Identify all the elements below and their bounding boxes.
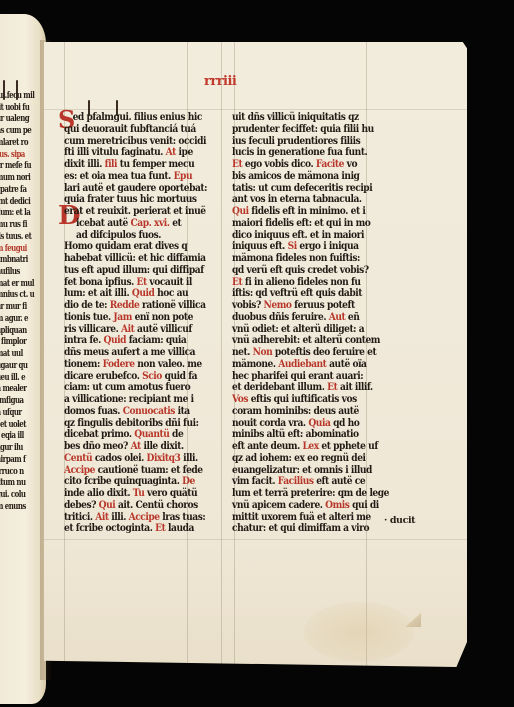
rubricated-word: Tu (133, 487, 145, 499)
left-page-fragment: agur ilu (0, 444, 32, 453)
left-page-fragment: m enuns (0, 503, 32, 512)
text-run: fi in alieno fideles non fu (242, 276, 360, 288)
text-run: fet bona ipfius. (64, 276, 137, 288)
running-head: rrriii (204, 74, 236, 89)
left-page-fragment: mu rus fi (0, 221, 32, 230)
rubricated-word: Facite (316, 158, 344, 170)
text-run: qd ho (330, 417, 359, 429)
text-run: dixit illi. (64, 158, 105, 170)
rubricated-word: Quia (308, 417, 330, 429)
rubricated-word: Dixitq3 (147, 452, 181, 464)
left-page-fragment: rmfigua (0, 397, 32, 406)
text-run: vocauit il (147, 276, 192, 288)
marginal-note: · ducit (384, 515, 415, 526)
text-run: inde alio dixit. (64, 487, 133, 499)
left-page-fragment: m agur. e (0, 315, 32, 324)
text-run: iniquus eft. (232, 240, 288, 252)
text-run: ris villicare. (64, 323, 121, 335)
text-run: vnü apicem cadere. (232, 499, 325, 511)
text-run: fidelis eft in minimo. et i (249, 205, 366, 217)
text-run: icebat autë (76, 217, 130, 229)
rubricated-word: Scio (142, 370, 162, 382)
left-page-fragment: mlaret ro (0, 139, 32, 148)
text-run: nouit corda vra. (232, 417, 308, 429)
rubricated-word: Conuocatis (123, 405, 175, 417)
left-page-fragment: llum: et la (0, 209, 32, 218)
text-run: vobis? (232, 299, 264, 311)
text-run: vero quätü (144, 487, 197, 499)
text-run: vo (344, 158, 357, 170)
rubricated-word: Et (232, 276, 242, 288)
left-page-fragment: ambnatri (0, 256, 32, 265)
text-run: et (170, 217, 182, 229)
text-column-a: ed pfalmgui. filius enius hicqui deuorau… (64, 112, 224, 535)
rubricated-word: Si (288, 240, 297, 252)
rubricated-word: Lex (302, 440, 318, 452)
text-run: mämone. (232, 358, 278, 370)
rubricated-word: Omis (325, 499, 349, 511)
text-run: net. (232, 346, 253, 358)
rubricated-word: Redde (110, 299, 140, 311)
rubricated-word: De (182, 475, 195, 487)
rubricated-word: Vos (232, 393, 248, 405)
text-run: dicebat primo. (64, 428, 134, 440)
text-run: feruus poteft (291, 299, 354, 311)
text-run: cados olei. (92, 452, 146, 464)
text-run: rationë villica (139, 299, 205, 311)
text-run: eftis qui iuftificatis vos (248, 393, 357, 405)
rubricated-word: Audiebant (278, 358, 326, 370)
text-column-b: uit dñs villicü iniquitatis qzprudenter … (232, 112, 397, 535)
rubricated-word: Fodere (103, 358, 135, 370)
left-page-fragment: fit uobi fu (0, 104, 32, 113)
rubricated-word: Et (137, 276, 147, 288)
text-run: et pphete uf (319, 440, 378, 452)
text-run: debes? (64, 499, 99, 511)
text-run: intra fe. (64, 334, 104, 346)
rubricated-word: Et (155, 522, 165, 534)
text-run: tionis tue. (64, 311, 113, 323)
rubricated-word: Nemo (264, 299, 292, 311)
left-page-fragment: ueu ill. e (0, 374, 32, 383)
text-run: illi. (180, 452, 197, 464)
rubricated-word: Ait (95, 511, 108, 523)
left-page-fragment: mnius ct. u (0, 291, 32, 300)
text-run: dio de te: (64, 299, 110, 311)
text-run: duobus dñis feruire. (232, 311, 329, 323)
rubricated-word: Aut (329, 311, 345, 323)
text-run: eft ante deum. (232, 440, 302, 452)
left-page-fragment: dtum nu (0, 479, 32, 488)
page-corner-fold (405, 613, 421, 627)
text-run: dicare erubefco. (64, 370, 142, 382)
left-page-fragment: ds tuus. et (0, 233, 32, 242)
rubricated-word: Epu (174, 170, 193, 182)
rubricated-word: Non (253, 346, 273, 358)
left-page-fragment: mat er mul (0, 280, 32, 289)
rubricated-word: At (131, 440, 141, 452)
text-run: enï non pote (132, 311, 193, 323)
rubricated-word: Quid (132, 287, 155, 299)
left-page-fragment: ugaur qu (0, 362, 32, 371)
text-run: et deridebant illum. (232, 381, 327, 393)
left-page-fragment: er mefe fu (0, 162, 32, 171)
ruling-line (44, 109, 467, 110)
text-run: bes dño meo? (64, 440, 131, 452)
text-run: ego vobis dico. (242, 158, 316, 170)
text-run: poteftis deo feruire et (272, 346, 376, 358)
text-line: et fcribe octoginta. Et lauda (64, 523, 202, 535)
rubricated-word: Qui (232, 205, 249, 217)
left-page-text-fragments: lui.fecu milfit uobi fuur ualengns cum p… (0, 92, 42, 514)
left-page-fragment: frruco n (0, 468, 32, 477)
left-page-fragment: n mealer (0, 385, 32, 394)
text-run: ipe (176, 146, 193, 158)
left-page-fragment: ns cum pe (0, 127, 32, 136)
text-run: et fcribe octoginta. (64, 522, 155, 534)
rubricated-word: Qui (99, 499, 116, 511)
rubricated-word: At (166, 146, 176, 158)
left-page-fragment: nirpam f (0, 456, 32, 465)
text-run: de (169, 428, 183, 440)
text-run: ille dixit. (141, 440, 184, 452)
text-line: chatur: et qui dimiffam a viro (232, 523, 374, 535)
text-run: ait. Centü choros (115, 499, 198, 511)
left-page-fragment: mat uul (0, 350, 32, 359)
rubricated-word: Et (232, 158, 242, 170)
text-run: autë villicuf (134, 323, 191, 335)
text-run: illi. (109, 511, 129, 523)
left-page-fragment: gui. colu (0, 491, 32, 500)
text-run: tu femper mecu (117, 158, 194, 170)
text-run: eft autë ce (314, 475, 366, 487)
rubricated-word: Et (327, 381, 337, 393)
text-run: ergo i iniqua (297, 240, 359, 252)
text-run: lras tuas: (160, 511, 206, 523)
text-run: ait illif. (337, 381, 372, 393)
text-run: lauda (165, 522, 194, 534)
left-page-fragment: npliquan (0, 327, 32, 336)
left-page-fragment: lui.fecu mil (0, 92, 32, 101)
left-page-fragment: ; et uolet (0, 421, 32, 430)
text-run: quid fa (162, 370, 197, 382)
rubricated-word: Accipe (129, 511, 160, 523)
rubricated-word: fili (105, 158, 117, 170)
rubricated-word: Centü (64, 452, 92, 464)
rubricated-word: Cap. xvi. (131, 217, 170, 229)
rubricated-word: Ait (121, 323, 134, 335)
left-page-fragment: r eqia ill (0, 432, 32, 441)
text-run: ita (175, 405, 190, 417)
text-run: cito fcribe quinquaginta. (64, 475, 182, 487)
rubricated-word: Quantü (134, 428, 169, 440)
right-page: rrriii S D ed pfalmgui. filius enius hic… (44, 42, 467, 667)
left-page-fragment: hufilus (0, 268, 32, 277)
ruling-line (44, 539, 467, 540)
text-run: eñ (345, 311, 359, 323)
text-run: tionem: (64, 358, 103, 370)
rubricated-word: Facilius (278, 475, 314, 487)
rubricated-word: Quid (104, 334, 127, 346)
text-run: lum: et ait illi. (64, 287, 132, 299)
left-page-fragment: r fimplor (0, 338, 32, 347)
left-page-fragment: nr mur fi (0, 303, 32, 312)
text-run: fti illi vitulu faginatu. (64, 146, 166, 158)
text-run: domos fuas. (64, 405, 123, 417)
left-page-fragment: m feugui (0, 245, 32, 254)
rubricated-word: Accipe (64, 464, 95, 476)
text-run: autë oïa (326, 358, 366, 370)
left-page-fragment: l patre fa (0, 186, 32, 195)
left-page-fragment: mum nori (0, 174, 32, 183)
rubricated-word: Jam (113, 311, 131, 323)
left-page-fragment: ur ualeng (0, 115, 32, 124)
text-run: qui di (349, 499, 378, 511)
text-run: hoc au (154, 287, 188, 299)
text-run: tritici. (64, 511, 95, 523)
text-run: non valeo. me (135, 358, 202, 370)
rubricated-word: rus. sipa (0, 150, 25, 160)
left-page-fragment: rus. sipa (0, 151, 32, 160)
text-run: es: et oia mea tua funt. (64, 170, 174, 182)
left-page-fragment: imt dedici (0, 198, 32, 207)
rubricated-word: m feugui (0, 244, 27, 254)
text-run: faciam: quia (126, 334, 186, 346)
text-run: vim facit. (232, 475, 278, 487)
text-run: cautionë tuam: et fede (95, 464, 203, 476)
left-page-fragment: n ufqur (0, 409, 32, 418)
